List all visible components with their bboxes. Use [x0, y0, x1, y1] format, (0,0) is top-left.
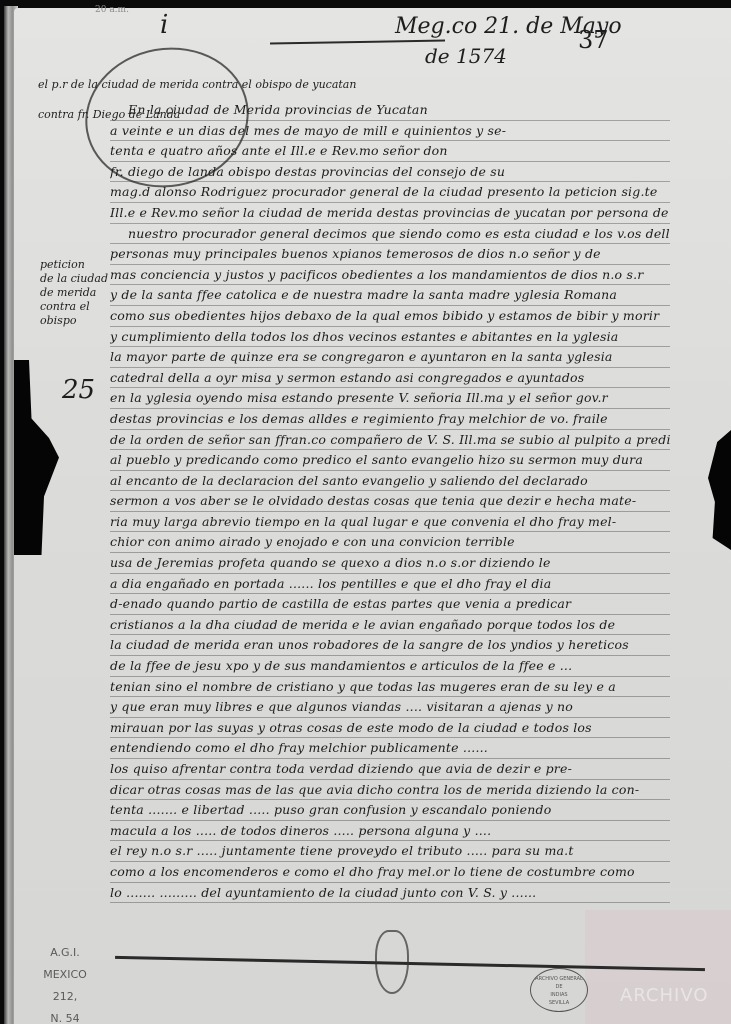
text-line: catedral della a oyr misa y sermon estan…: [110, 368, 670, 389]
text-line: y que eran muy libres e que algunos vian…: [110, 697, 670, 718]
archive-ref-line: N. 54: [30, 1008, 100, 1024]
text-line: cristianos a la dha ciudad de merida e l…: [110, 615, 670, 636]
text-line: dicar otras cosas mas de las que avia di…: [110, 780, 670, 801]
archive-stamp: ARCHIVO GENERAL DE INDIAS SEVILLA: [530, 968, 588, 1012]
margin-note-line: peticion: [40, 258, 120, 272]
text-line: nuestro procurador general decimos que s…: [110, 224, 670, 245]
text-line: Ill.e e Rev.mo señor la ciudad de merida…: [110, 203, 670, 224]
text-line: mirauan por las suyas y otras cosas de e…: [110, 718, 670, 739]
text-line: el rey n.o s.r ..... juntamente tiene pr…: [110, 841, 670, 862]
page-number: 37: [578, 26, 609, 54]
manuscript-body: En la ciudad de Merida provincias de Yuc…: [110, 100, 670, 903]
stamp-line: INDIAS: [531, 991, 587, 999]
text-line: tenta e quatro años ante el Ill.e e Rev.…: [110, 141, 670, 162]
text-line: macula a los ..... de todos dineros ....…: [110, 821, 670, 842]
text-line: y cumplimiento della todos los dhos veci…: [110, 327, 670, 348]
text-line: de la ffee de jesu xpo y de sus mandamie…: [110, 656, 670, 677]
text-line: personas muy principales buenos xpianos …: [110, 244, 670, 265]
text-line: mag.d alonso Rodriguez procurador genera…: [110, 182, 670, 203]
text-line: y de la santa ffee catolica e de nuestra…: [110, 285, 670, 306]
margin-note: peticion de la ciudad de merida contra e…: [40, 258, 120, 328]
text-line: a veinte e un dias del mes de mayo de mi…: [110, 121, 670, 142]
stamp-line: DE: [531, 983, 587, 991]
text-line: d-enado quando partio de castilla de est…: [110, 594, 670, 615]
text-line: mas conciencia y justos y pacificos obed…: [110, 265, 670, 286]
text-line: destas provincias e los demas alldes e r…: [110, 409, 670, 430]
pencil-annotation: 20 a.m.: [95, 5, 129, 15]
text-line: ria muy larga abrevio tiempo en la qual …: [110, 512, 670, 533]
text-line: a dia engañado en portada ...... los pen…: [110, 574, 670, 595]
archive-ref-line: MEXICO 212,: [30, 964, 100, 1008]
text-line: la mayor parte de quinze era se congrega…: [110, 347, 670, 368]
text-line: como sus obedientes hijos debaxo de la q…: [110, 306, 670, 327]
margin-title-line: el p.r de la ciudad de merida contra el …: [38, 70, 356, 100]
stamp-line: SEVILLA: [531, 999, 587, 1007]
margin-note-line: de la ciudad: [40, 272, 120, 286]
text-line: de la orden de señor san ffran.co compañ…: [110, 430, 670, 451]
text-line: entendiendo como el dho fray melchior pu…: [110, 738, 670, 759]
text-line: en la yglesia oyendo misa estando presen…: [110, 388, 670, 409]
watermark: ARCHIVO: [620, 985, 709, 1006]
text-line: fr. diego de landa obispo destas provinc…: [110, 162, 670, 183]
text-line: los quiso afrentar contra toda verdad di…: [110, 759, 670, 780]
margin-note-line: contra el obispo: [40, 300, 120, 328]
folio-mark: i: [160, 10, 168, 40]
text-line: tenta ....... e libertad ..... puso gran…: [110, 800, 670, 821]
text-line: la ciudad de merida eran unos robadores …: [110, 635, 670, 656]
margin-number: 25: [62, 375, 95, 405]
stamp-line: ARCHIVO GENERAL: [531, 975, 587, 983]
archive-reference: A.G.I. MEXICO 212, N. 54: [30, 942, 100, 1024]
text-line: al encanto de la declaracion del santo e…: [110, 471, 670, 492]
text-line: En la ciudad de Merida provincias de Yuc…: [110, 100, 670, 121]
text-line: sermon a vos aber se le olvidado destas …: [110, 491, 670, 512]
text-line: usa de Jeremias profeta quando se quexo …: [110, 553, 670, 574]
text-line: tenian sino el nombre de cristiano y que…: [110, 677, 670, 698]
text-line: lo ....... ......... del ayuntamiento de…: [110, 883, 670, 904]
header-year: de 1574: [425, 44, 507, 68]
margin-note-line: de merida: [40, 286, 120, 300]
text-line: chior con animo airado y enojado e con u…: [110, 532, 670, 553]
text-line: como a los encomenderos e como el dho fr…: [110, 862, 670, 883]
text-line: al pueblo y predicando como predico el s…: [110, 450, 670, 471]
signature-rubric: [375, 930, 409, 994]
archive-ref-line: A.G.I.: [30, 942, 100, 964]
